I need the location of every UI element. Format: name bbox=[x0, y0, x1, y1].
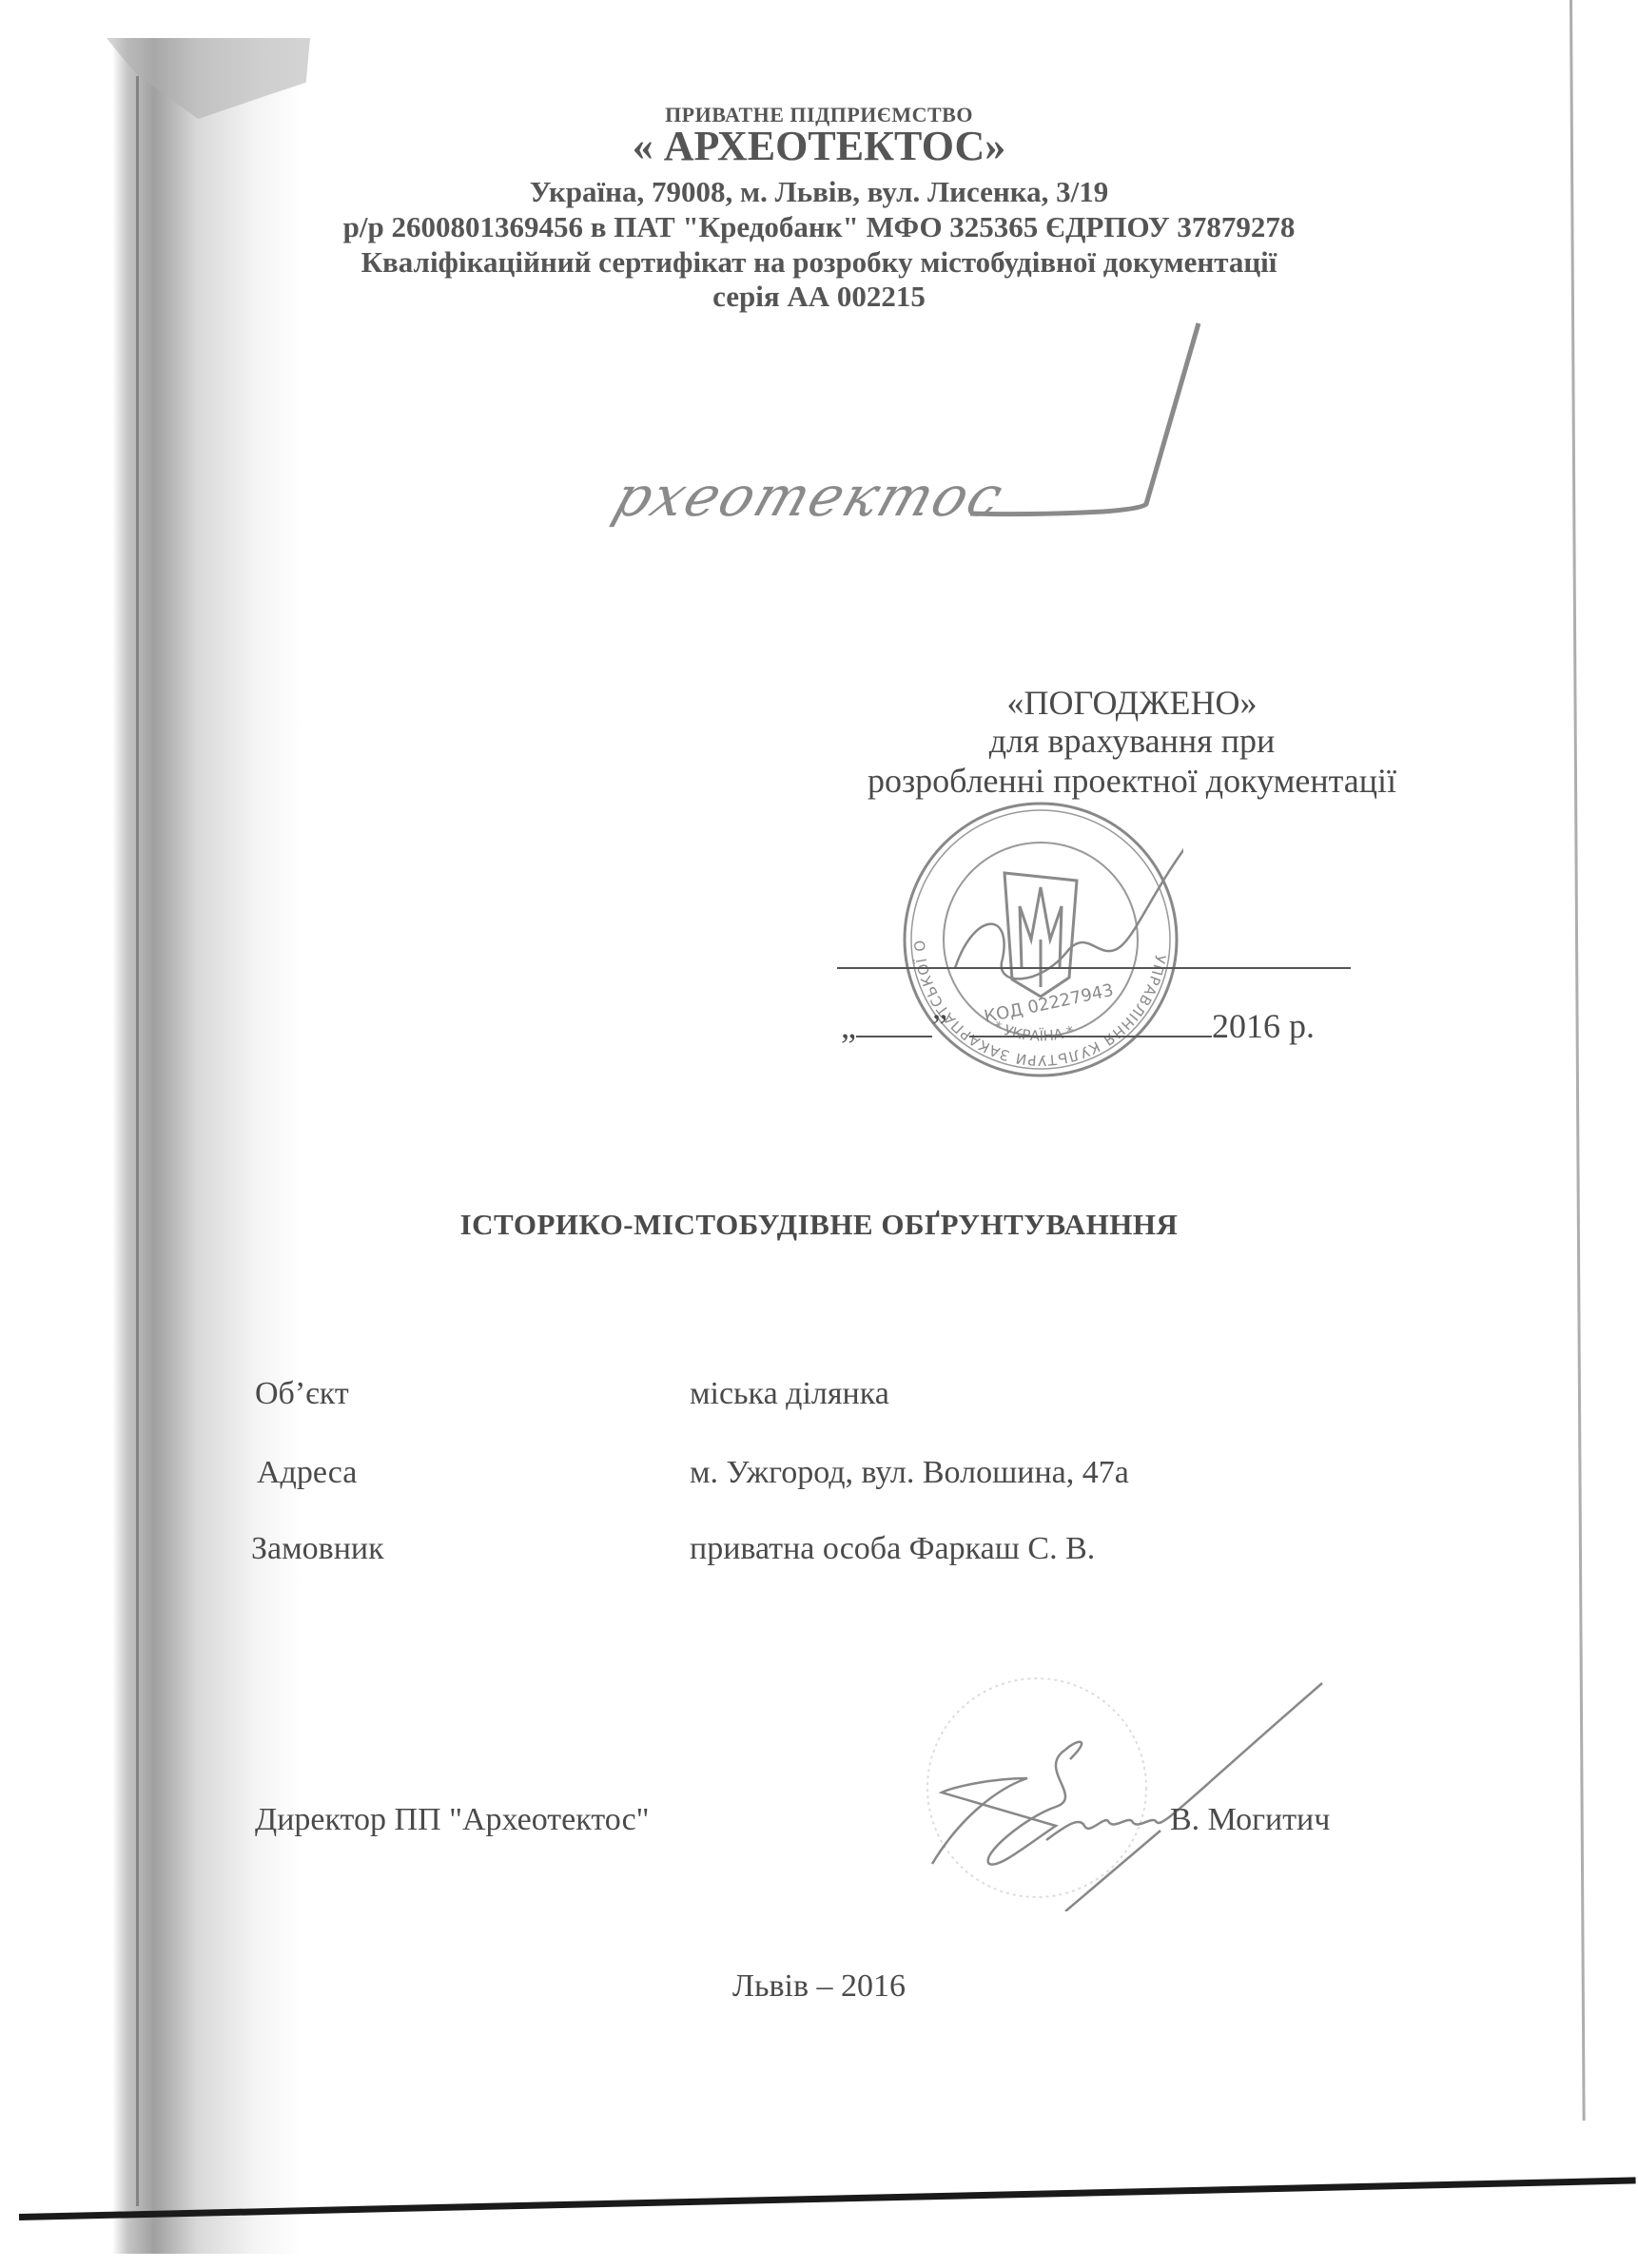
company-signature-stroke bbox=[609, 314, 1218, 533]
faint-stamp bbox=[927, 1678, 1146, 1897]
approval-signature-line bbox=[837, 967, 1351, 969]
approval-line-2: розробленні проектної документації bbox=[818, 761, 1446, 801]
company-name: « АРХЕОТЕКТОС» bbox=[0, 122, 1638, 170]
approval-line-1: для врахування при bbox=[818, 721, 1446, 761]
date-month-blank bbox=[969, 1009, 1212, 1037]
date-day-blank bbox=[856, 1009, 932, 1037]
approval-date-line: „” 2016 р. bbox=[841, 1006, 1315, 1046]
binding-shadow bbox=[112, 38, 302, 2254]
place-and-year: Львів – 2016 bbox=[0, 1968, 1638, 2005]
field-value-object: міська ділянка bbox=[690, 1376, 889, 1412]
date-open-quote: „ bbox=[841, 1007, 856, 1045]
certificate-line: Кваліфікаційний сертифікат на розробку м… bbox=[0, 245, 1638, 280]
director-title: Директор ПП "Археотектос" bbox=[255, 1802, 650, 1838]
company-address: Україна, 79008, м. Львів, вул. Лисенка, … bbox=[0, 175, 1638, 209]
page-right-edge bbox=[1570, 0, 1586, 2121]
date-close-quote: ” bbox=[932, 1007, 947, 1045]
bank-details: р/р 2600801369456 в ПАТ "Кредобанк" МФО … bbox=[0, 210, 1638, 244]
director-name: В. Могитич bbox=[1170, 1802, 1330, 1838]
approval-title: «ПОГОДЖЕНО» bbox=[818, 683, 1446, 723]
date-year: 2016 р. bbox=[1212, 1007, 1315, 1045]
field-label-customer: Замовник bbox=[251, 1531, 384, 1567]
document-title: ІСТОРИКО-МІСТОБУДІВНЕ ОБҐРУНТУВАНННЯ bbox=[0, 1208, 1638, 1242]
field-value-address: м. Ужгород, вул. Волошина, 47а bbox=[690, 1455, 1129, 1491]
field-value-customer: приватна особа Фаркаш С. В. bbox=[690, 1531, 1095, 1567]
field-label-address: Адреса bbox=[257, 1455, 357, 1491]
director-signature bbox=[923, 1674, 1341, 1911]
binding-edge bbox=[136, 76, 139, 2206]
field-label-object: Об’єкт bbox=[255, 1376, 349, 1412]
certificate-series: серія АА 002215 bbox=[0, 280, 1638, 314]
